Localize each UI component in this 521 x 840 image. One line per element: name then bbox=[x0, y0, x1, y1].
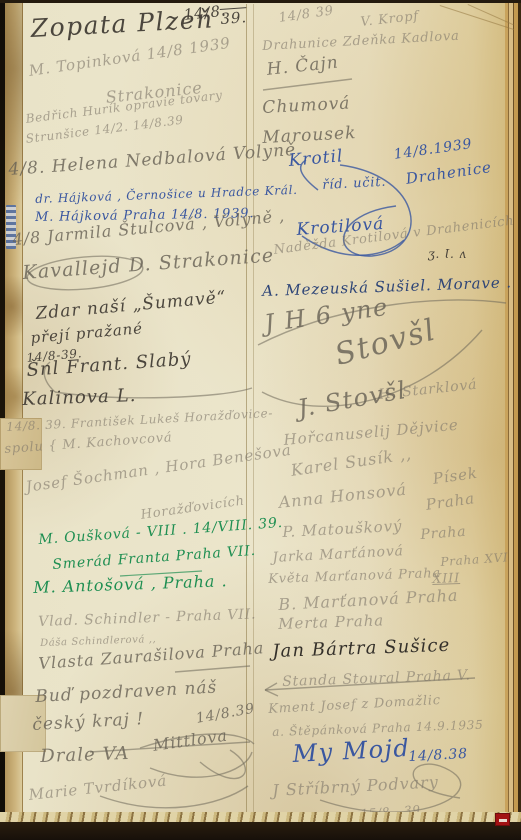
page-stack-edge bbox=[505, 0, 521, 840]
signature-entry: říd. učit. bbox=[322, 176, 387, 192]
signature-entry: Merta Praha bbox=[278, 613, 384, 632]
red-marker-icon bbox=[495, 813, 510, 826]
signature-entry: 14/8.38 bbox=[408, 747, 468, 764]
signature-entry: Drale VA bbox=[40, 745, 130, 766]
signature-entry: ʒ. Ɩ. ʌ bbox=[428, 248, 467, 260]
scanned-guestbook-page: Zopata Plzeň14/8.39.M. Topinková 14/8 19… bbox=[0, 0, 521, 840]
signature-entry: My Mojd bbox=[292, 736, 411, 766]
bottom-dark-edge bbox=[0, 822, 521, 840]
signature-entry: Krotil bbox=[288, 148, 344, 170]
signature-entry: Praha bbox=[420, 525, 467, 542]
signature-entry: XIII bbox=[432, 572, 460, 586]
signature-entry: Kalinova L. bbox=[22, 387, 137, 409]
top-edge bbox=[0, 0, 521, 3]
signature-entry: 39. bbox=[220, 10, 248, 27]
signature-entry: Chumová bbox=[262, 95, 351, 117]
signature-entry: Marousek bbox=[262, 125, 357, 147]
